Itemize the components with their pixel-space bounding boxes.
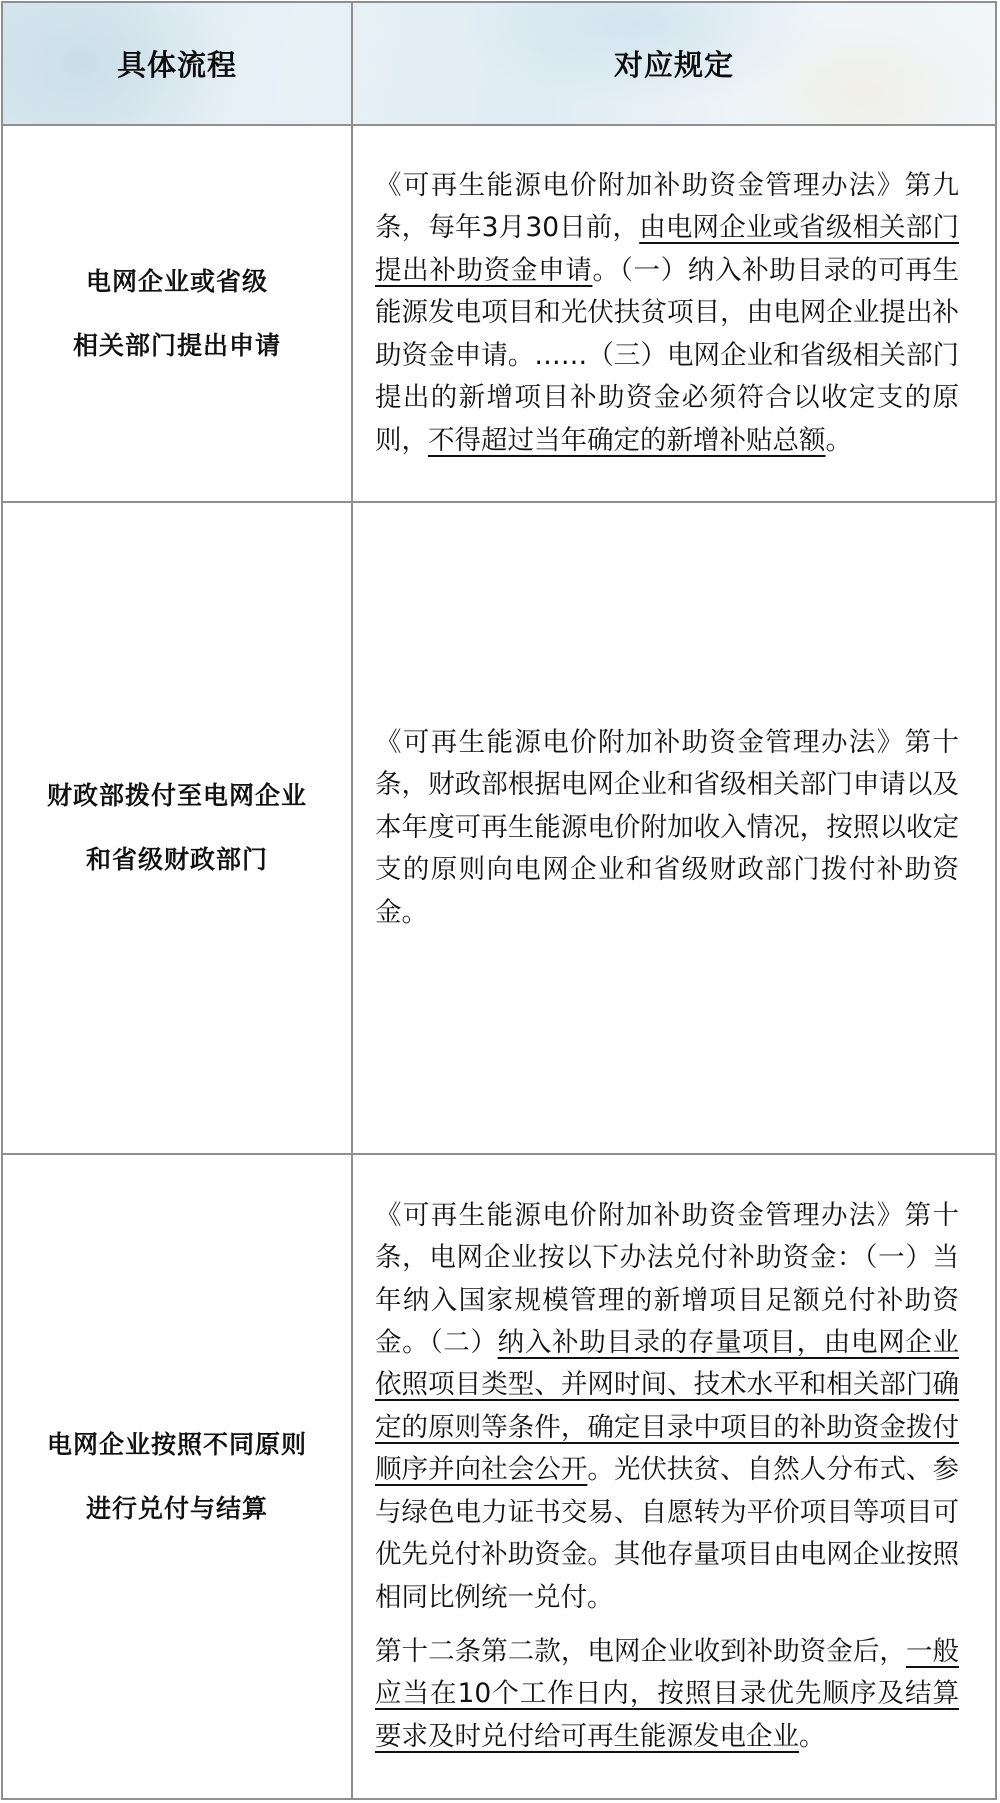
regulation-paragraph: 第十二条第二款，电网企业收到补助资金后，一般应当在10个工作日内，按照目录优先顺…: [375, 1631, 959, 1758]
header-cell-regulation: 对应规定: [353, 3, 995, 124]
header-cell-process: 具体流程: [3, 3, 353, 124]
header-process-label: 具体流程: [117, 43, 237, 84]
regulation-segment: 第十二条第二款，电网企业收到补助资金后，: [375, 1636, 906, 1667]
process-step-label: 电网企业按照不同原则 进行兑付与结算: [47, 1413, 307, 1541]
regulation-text: 《可再生能源电价附加补助资金管理办法》第十条，电网企业按以下办法兑付补助资金：（…: [375, 1195, 959, 1758]
process-line: 进行兑付与结算: [47, 1477, 307, 1541]
regulation-cell: 《可再生能源电价附加补助资金管理办法》第十条，财政部根据电网企业和省级相关部门申…: [353, 503, 995, 1153]
process-line: 财政部拨付至电网企业: [47, 764, 307, 828]
process-step-label: 电网企业或省级 相关部门提出申请: [73, 250, 281, 378]
header-regulation-label: 对应规定: [614, 43, 734, 84]
process-line: 电网企业按照不同原则: [47, 1413, 307, 1477]
regulation-paragraph: 《可再生能源电价附加补助资金管理办法》第十条，电网企业按以下办法兑付补助资金：（…: [375, 1195, 959, 1619]
process-line: 和省级财政部门: [47, 828, 307, 892]
table-row: 电网企业按照不同原则 进行兑付与结算 《可再生能源电价附加补助资金管理办法》第十…: [3, 1153, 995, 1798]
process-cell: 电网企业按照不同原则 进行兑付与结算: [3, 1155, 353, 1798]
regulation-segment: 。: [799, 1721, 826, 1752]
process-cell: 电网企业或省级 相关部门提出申请: [3, 126, 353, 501]
table-row: 财政部拨付至电网企业 和省级财政部门 《可再生能源电价附加补助资金管理办法》第十…: [3, 501, 995, 1153]
table-row: 电网企业或省级 相关部门提出申请 《可再生能源电价附加补助资金管理办法》第九条，…: [3, 124, 995, 501]
regulation-text: 《可再生能源电价附加补助资金管理办法》第九条，每年3月30日前，由电网企业或省级…: [375, 165, 959, 462]
process-line: 相关部门提出申请: [73, 314, 281, 378]
table-header-row: 具体流程 对应规定: [3, 3, 995, 124]
regulation-segment: 《可再生能源电价附加补助资金管理办法》第十条，财政部根据电网企业和省级相关部门申…: [375, 727, 959, 928]
process-line: 电网企业或省级: [73, 250, 281, 314]
regulation-paragraph: 《可再生能源电价附加补助资金管理办法》第九条，每年3月30日前，由电网企业或省级…: [375, 165, 959, 462]
process-cell: 财政部拨付至电网企业 和省级财政部门: [3, 503, 353, 1153]
regulation-cell: 《可再生能源电价附加补助资金管理办法》第十条，电网企业按以下办法兑付补助资金：（…: [353, 1155, 995, 1798]
regulation-cell: 《可再生能源电价附加补助资金管理办法》第九条，每年3月30日前，由电网企业或省级…: [353, 126, 995, 501]
regulation-segment: 。: [826, 425, 853, 456]
regulation-paragraph: 《可再生能源电价附加补助资金管理办法》第十条，财政部根据电网企业和省级相关部门申…: [375, 722, 959, 934]
process-step-label: 财政部拨付至电网企业 和省级财政部门: [47, 764, 307, 892]
regulation-segment-underlined: 不得超过当年确定的新增补贴总额: [428, 425, 826, 456]
regulation-text: 《可再生能源电价附加补助资金管理办法》第十条，财政部根据电网企业和省级相关部门申…: [375, 722, 959, 934]
regulation-table: 具体流程 对应规定 电网企业或省级 相关部门提出申请 《可再生能源电价附加补助资…: [1, 1, 997, 1800]
